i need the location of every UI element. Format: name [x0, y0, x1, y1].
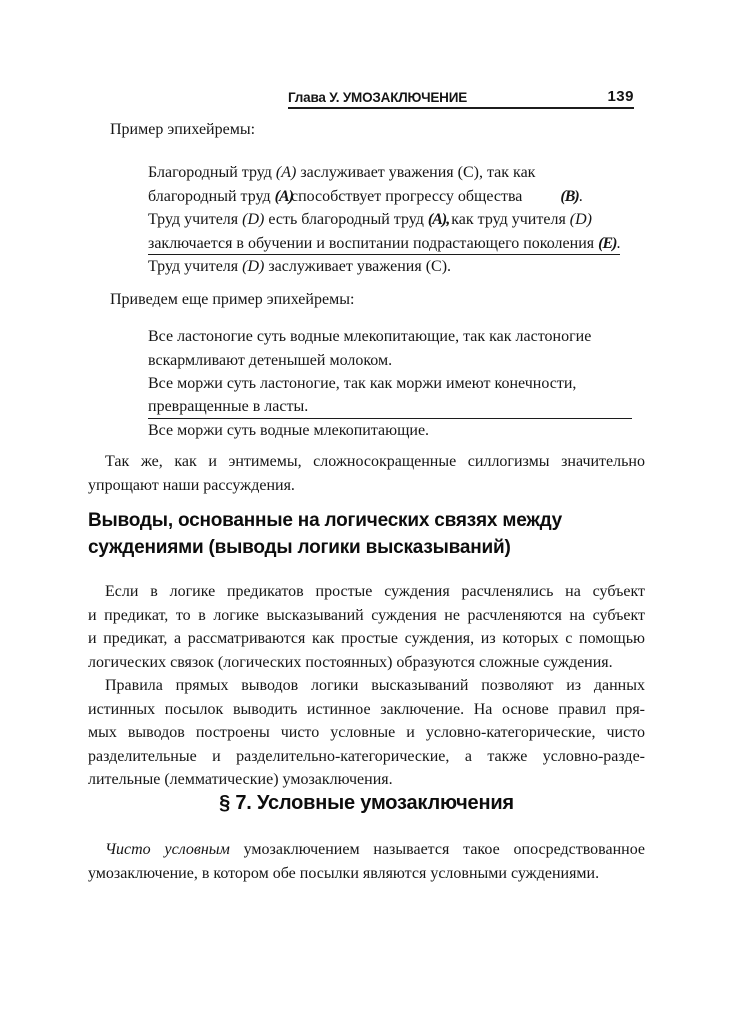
epicheireme-example-1: Благородный труд (A) заслуживает уважени… — [148, 161, 632, 279]
example2-line3: Все моржи суть ластоногие, так как моржи… — [148, 372, 632, 396]
section-heading-line: суждениями (выводы логики высказываний) — [88, 534, 628, 561]
example2-line2: вскармливают детенышей молоком. — [148, 349, 632, 373]
paragraph-line: Так же, как и энтимемы, сложносокращенны… — [88, 450, 645, 474]
text-segment: благородный труд — [148, 188, 275, 205]
paragraph-conditional: Чисто условным умозаключением называется… — [88, 838, 645, 885]
example2-line4-underlined: превращенные в ласты. — [148, 396, 632, 419]
text-segment: Труд учителя — [148, 211, 242, 228]
term-mark-D: (D) — [242, 258, 264, 275]
text-segment: заслуживает уважения (С). — [264, 258, 451, 275]
term-mark-A: (A) — [276, 164, 296, 181]
text-segment: умозаключением называется такое опосредс… — [230, 841, 645, 858]
term-mark-D: (D) — [242, 211, 264, 228]
paragraph-line: и предикат, то в логике высказываний суж… — [88, 604, 645, 628]
paragraph-entimemy: Так же, как и энтимемы, сложносокращенны… — [88, 450, 645, 497]
paragraph-logic-1: Если в логике предикатов простые суждени… — [88, 580, 645, 674]
text-segment: Труд учителя — [148, 258, 242, 275]
section-heading-vyvody: Выводы, основанные на логических связях … — [88, 507, 628, 561]
paragraph-line: мых выводов построены чисто условные и у… — [88, 721, 645, 745]
paragraph-line: логических связок (логических постоянных… — [88, 651, 645, 675]
text-segment: . — [579, 188, 583, 205]
example1-line1: Благородный труд (A) заслуживает уважени… — [148, 161, 632, 185]
example2-line5-conclusion: Все моржи суть водные млекопитающие. — [148, 419, 632, 443]
book-page: Глава У. УМОЗАКЛЮЧЕНИЕ 139 Пример эпихей… — [0, 0, 734, 1024]
example1-line3: Труд учителя (D) есть благородный труд (… — [148, 208, 632, 232]
example2-line1: Все ластоногие суть водные млекопитающие… — [148, 325, 632, 349]
paragraph-line: Чисто условным умозаключением называется… — [88, 838, 645, 862]
epicheireme-example-2: Все ластоногие суть водные млекопитающие… — [148, 325, 632, 442]
section-heading-line: Выводы, основанные на логических связях … — [88, 507, 628, 534]
paragraph-line: разделительные и разделительно-категорич… — [88, 745, 645, 769]
example1-line5-conclusion: Труд учителя (D) заслуживает уважения (С… — [148, 255, 632, 279]
text-segment: Благородный труд — [148, 164, 276, 181]
term-mark-B-bold: (В) — [560, 188, 578, 205]
term-mark-E-bold: (Е) — [598, 235, 616, 252]
emphasized-term: Чисто условным — [105, 841, 230, 858]
page-number: 139 — [607, 88, 634, 105]
text-segment: как труд учителя — [447, 211, 570, 228]
chapter-title: Глава У. УМОЗАКЛЮЧЕНИЕ — [288, 90, 467, 105]
text-segment: заслуживает уважения (С), так как — [296, 164, 535, 181]
text-segment: заключается в обучении и воспитании подр… — [148, 235, 598, 252]
paragraph-line: Правила прямых выводов логики высказыван… — [88, 674, 645, 698]
paragraph-line: упрощают наши рассуждения. — [88, 474, 645, 498]
section7-heading: § 7. Условные умозаключения — [88, 792, 645, 815]
intro-epicheireme-2: Приведем еще пример эпихейремы: — [110, 288, 354, 312]
paragraph-line: истинных посылок выводить истинное заклю… — [88, 698, 645, 722]
text-segment: способствует прогрессу общества — [291, 188, 522, 205]
paragraph-line: Если в логике предикатов простые суждени… — [88, 580, 645, 604]
text-segment: . — [616, 235, 620, 252]
paragraph-line: лительные (лемматические) умозаключения. — [88, 768, 645, 792]
paragraph-logic-2: Правила прямых выводов логики высказыван… — [88, 674, 645, 792]
paragraph-line: и предикат, а рассматриваются как просты… — [88, 627, 645, 651]
text-segment: есть благородный труд — [264, 211, 428, 228]
example1-line4-underlined: заключается в обучении и воспитании подр… — [148, 232, 632, 256]
example1-line2: благородный труд (А)способствует прогрес… — [148, 185, 632, 209]
intro-epicheireme-1: Пример эпихейремы: — [110, 118, 255, 142]
term-mark-D: (D) — [570, 211, 592, 228]
paragraph-line: умозаключение, в котором обе посылки явл… — [88, 862, 645, 886]
running-header: Глава У. УМОЗАКЛЮЧЕНИЕ 139 — [288, 88, 634, 109]
